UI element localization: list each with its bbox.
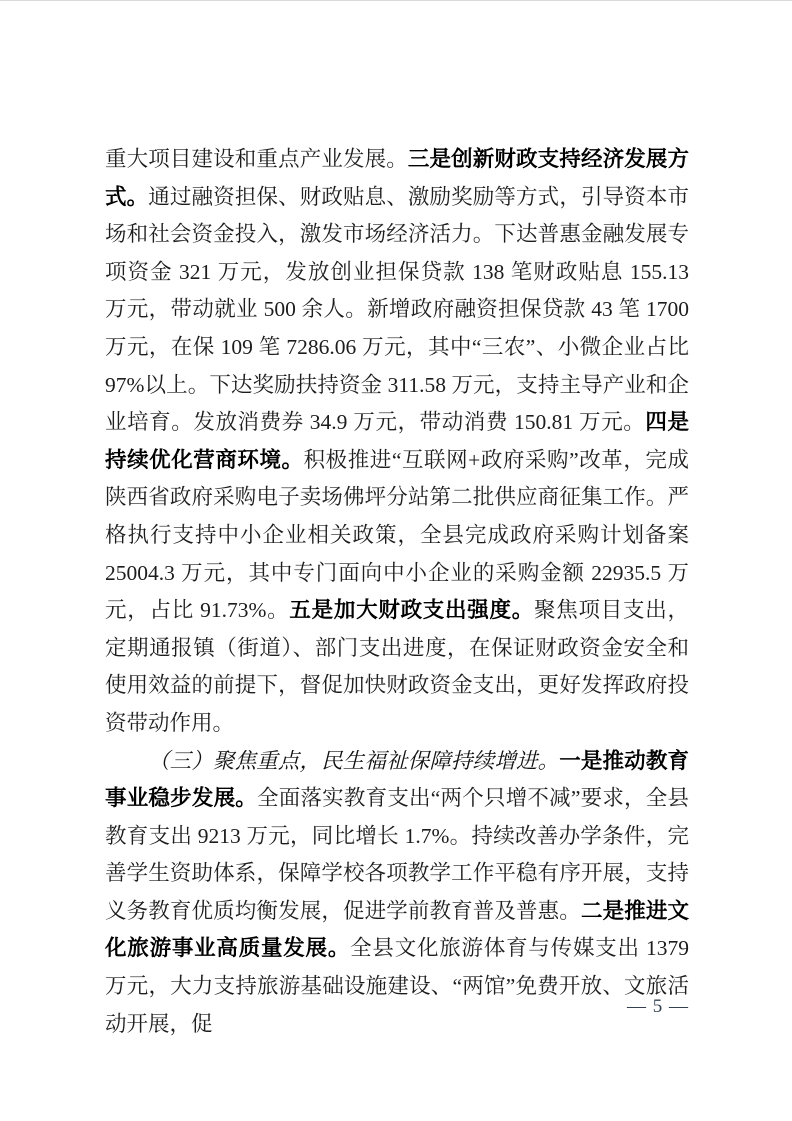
paragraph: （三）聚焦重点，民生福祉保障持续增进。一是推动教育事业稳步发展。全面落实教育支出… xyxy=(105,743,689,1044)
page-number: — 5 — xyxy=(627,996,689,1018)
text-run-normal: 积极推进“互联网+政府采购”改革，完成陕西省政府采购电子卖场佛坪分站第二批供应商… xyxy=(105,448,689,622)
text-run-normal: 重大项目建设和重点产业发展。 xyxy=(105,147,408,171)
text-run-bold: 五是加大财政支出强度。 xyxy=(289,598,534,622)
document-body: 重大项目建设和重点产业发展。三是创新财政支持经济发展方式。通过融资担保、财政贴息… xyxy=(105,141,689,1043)
paragraph: 重大项目建设和重点产业发展。三是创新财政支持经济发展方式。通过融资担保、财政贴息… xyxy=(105,141,689,743)
text-run-kaiti: （三）聚焦重点，民生福祉保障持续增进。 xyxy=(148,749,559,773)
text-run-normal: 通过融资担保、财政贴息、激励奖励等方式，引导资本市场和社会资金投入，激发市场经济… xyxy=(105,185,689,435)
document-page: 重大项目建设和重点产业发展。三是创新财政支持经济发展方式。通过融资担保、财政贴息… xyxy=(0,0,792,1121)
